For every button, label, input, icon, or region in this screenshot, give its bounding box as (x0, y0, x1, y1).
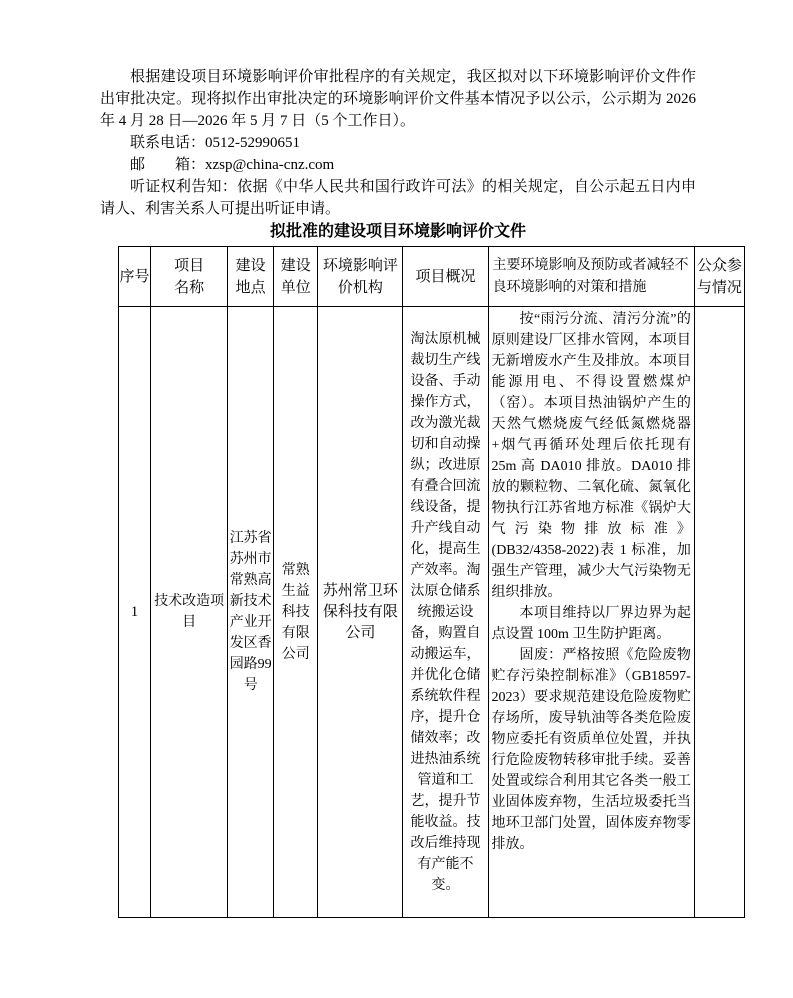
cell-location: 江苏省苏州市常熟高新技术产业开发区香园路99号 (228, 307, 274, 918)
intro-paragraph: 根据建设项目环境影响评价审批程序的有关规定，我区拟对以下环境影响评价文件作出审批… (100, 66, 696, 132)
col-header-location: 建设 地点 (228, 247, 274, 307)
cell-project-overview: 淘汰原机械裁切生产线设备、手动操作方式，改为激光裁切和自动操纵；改进原有叠合回流… (403, 307, 488, 918)
cell-builder: 常熟生益科技有限公司 (274, 307, 318, 918)
measures-paragraph-water-air: 按“雨污分流、清污分流”的原则建设厂区排水管网，本项目无新增废水产生及排放。本项… (492, 309, 691, 603)
col-header-public-participation: 公众参 与情况 (694, 247, 744, 307)
contact-phone-line: 联系电话：0512-52990651 (100, 132, 696, 154)
contact-email-line: 邮 箱：xzsp@china-cnz.com (100, 154, 696, 176)
measures-paragraph-solid-waste: 固废：严格按照《危险废物贮存污染控制标准》（GB18597-2023）要求规范建… (492, 645, 691, 855)
col-header-project-name: 项目 名称 (151, 247, 228, 307)
measures-paragraph-protection-distance: 本项目维持以厂界边界为起点设置 100m 卫生防护距离。 (492, 603, 691, 645)
hearing-rights-notice: 听证权利告知：依据《中华人民共和国行政许可法》的相关规定，自公示起五日内申请人、… (100, 176, 696, 220)
col-header-measures: 主要环境影响及预防或者减轻不良环境影响的对策和措施 (488, 247, 694, 307)
cell-project-name: 技术改造项目 (151, 307, 228, 918)
cell-public-participation (694, 307, 744, 918)
document-body: 根据建设项目环境影响评价审批程序的有关规定，我区拟对以下环境影响评价文件作出审批… (100, 66, 696, 244)
col-header-builder: 建设 单位 (274, 247, 318, 307)
cell-measures: 按“雨污分流、清污分流”的原则建设厂区排水管网，本项目无新增废水产生及排放。本项… (488, 307, 694, 918)
cell-eia-agency: 苏州常卫环保科技有限公司 (318, 307, 403, 918)
col-header-eia-agency: 环境影响评 价机构 (318, 247, 403, 307)
cell-seq: 1 (119, 307, 151, 918)
col-header-overview: 项目概况 (403, 247, 488, 307)
table-header-row: 序号 项目 名称 建设 地点 建设 单位 环境影响评 价机构 项目概况 主要环境… (119, 247, 745, 307)
col-header-seq: 序号 (119, 247, 151, 307)
table-title: 拟批准的建设项目环境影响评价文件 (100, 220, 696, 244)
table-row: 1 技术改造项目 江苏省苏州市常熟高新技术产业开发区香园路99号 常熟生益科技有… (119, 307, 745, 918)
eia-approval-table: 序号 项目 名称 建设 地点 建设 单位 环境影响评 价机构 项目概况 主要环境… (118, 246, 745, 918)
